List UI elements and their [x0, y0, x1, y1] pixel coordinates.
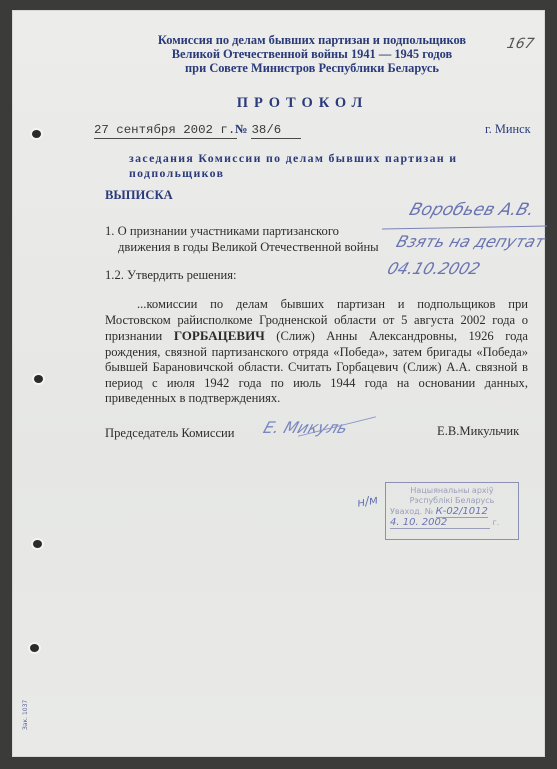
- paragraph-line: рождения, связной партизанского отряда «…: [105, 345, 528, 361]
- letterhead-line: Великой Отечественной войны 1941 — 1945 …: [92, 47, 532, 61]
- stamp-date: 4. 10. 2002: [390, 518, 490, 529]
- chairman-label: Председатель Комиссии: [105, 426, 235, 441]
- paragraph-line: признании ГОРБАЦЕВИЧ (Слиж) Анны Алексан…: [105, 328, 528, 345]
- date-number-line: 27 сентября 2002 г.№38/6: [94, 122, 301, 139]
- agenda-item-1-2: 1.2. Утвердить решения:: [105, 267, 237, 283]
- paragraph-line: Мостовском райисполкоме Гродненской обла…: [105, 313, 528, 329]
- agenda-item-1: 1. О признании участниками партизанского…: [105, 223, 379, 255]
- page-number: 167: [505, 36, 535, 52]
- paragraph-line: период с июля 1942 года по июль 1944 год…: [105, 376, 528, 392]
- handwritten-name: Воробьев А.В.: [407, 200, 537, 220]
- city: г. Минск: [485, 122, 531, 137]
- decision-paragraph: ...комиссии по делам бывших партизан и п…: [105, 297, 528, 407]
- print-code: Зак. 1037: [22, 700, 29, 730]
- handwritten-note: Взять на депутат: [394, 232, 548, 251]
- paragraph-line: приведенных в подтверждениях.: [105, 391, 528, 407]
- stamp-entry-label: Уваход. №: [390, 507, 433, 516]
- person-surname: ГОРБАЦЕВИЧ: [174, 328, 265, 343]
- protocol-date: 27 сентября 2002 г.: [94, 123, 237, 139]
- stamp-line: Рэспублікі Беларусь: [386, 496, 518, 506]
- letterhead-line: при Совете Министров Республики Беларусь: [92, 61, 532, 75]
- protocol-number: 38/6: [251, 123, 301, 139]
- paragraph-line: ...комиссии по делам бывших партизан и п…: [105, 297, 528, 313]
- letterhead-line: Комиссия по делам бывших партизан и подп…: [92, 33, 532, 47]
- handwritten-date: 04.10.2002: [385, 259, 483, 278]
- margin-mark: н/м: [356, 492, 379, 509]
- stamp-year-suffix: г.: [493, 518, 500, 527]
- document-title: ПРОТОКОЛ: [12, 95, 545, 112]
- punch-hole: [30, 644, 39, 652]
- chairman-name: Е.В.Микульчик: [437, 424, 519, 439]
- document-page: Комиссия по делам бывших партизан и подп…: [12, 10, 545, 757]
- agenda-item-line: движения в годы Великой Отечественной во…: [105, 239, 379, 255]
- text-span: признании: [105, 329, 174, 343]
- agenda-item-line: 1. О признании участниками партизанского: [105, 223, 379, 239]
- archive-stamp: Нацыянальны архіў Рэспублікі Беларусь Ув…: [385, 482, 519, 540]
- punch-hole: [32, 130, 41, 138]
- session-line: заседания Комиссии по делам бывших парти…: [129, 151, 545, 181]
- letterhead: Комиссия по делам бывших партизан и подп…: [12, 33, 532, 75]
- number-label: №: [235, 122, 247, 136]
- handwritten-underline: [382, 226, 547, 230]
- stamp-date-row: 4. 10. 2002 г.: [386, 518, 518, 529]
- paragraph-line: бывшей Барановичской области. Считать Го…: [105, 360, 528, 376]
- text-span: (Слиж) Анны Александровны, 1926 года: [265, 329, 528, 343]
- punch-hole: [33, 540, 42, 548]
- extract-label: ВЫПИСКА: [105, 188, 173, 203]
- stamp-line: Нацыянальны архіў: [386, 486, 518, 496]
- punch-hole: [34, 375, 43, 383]
